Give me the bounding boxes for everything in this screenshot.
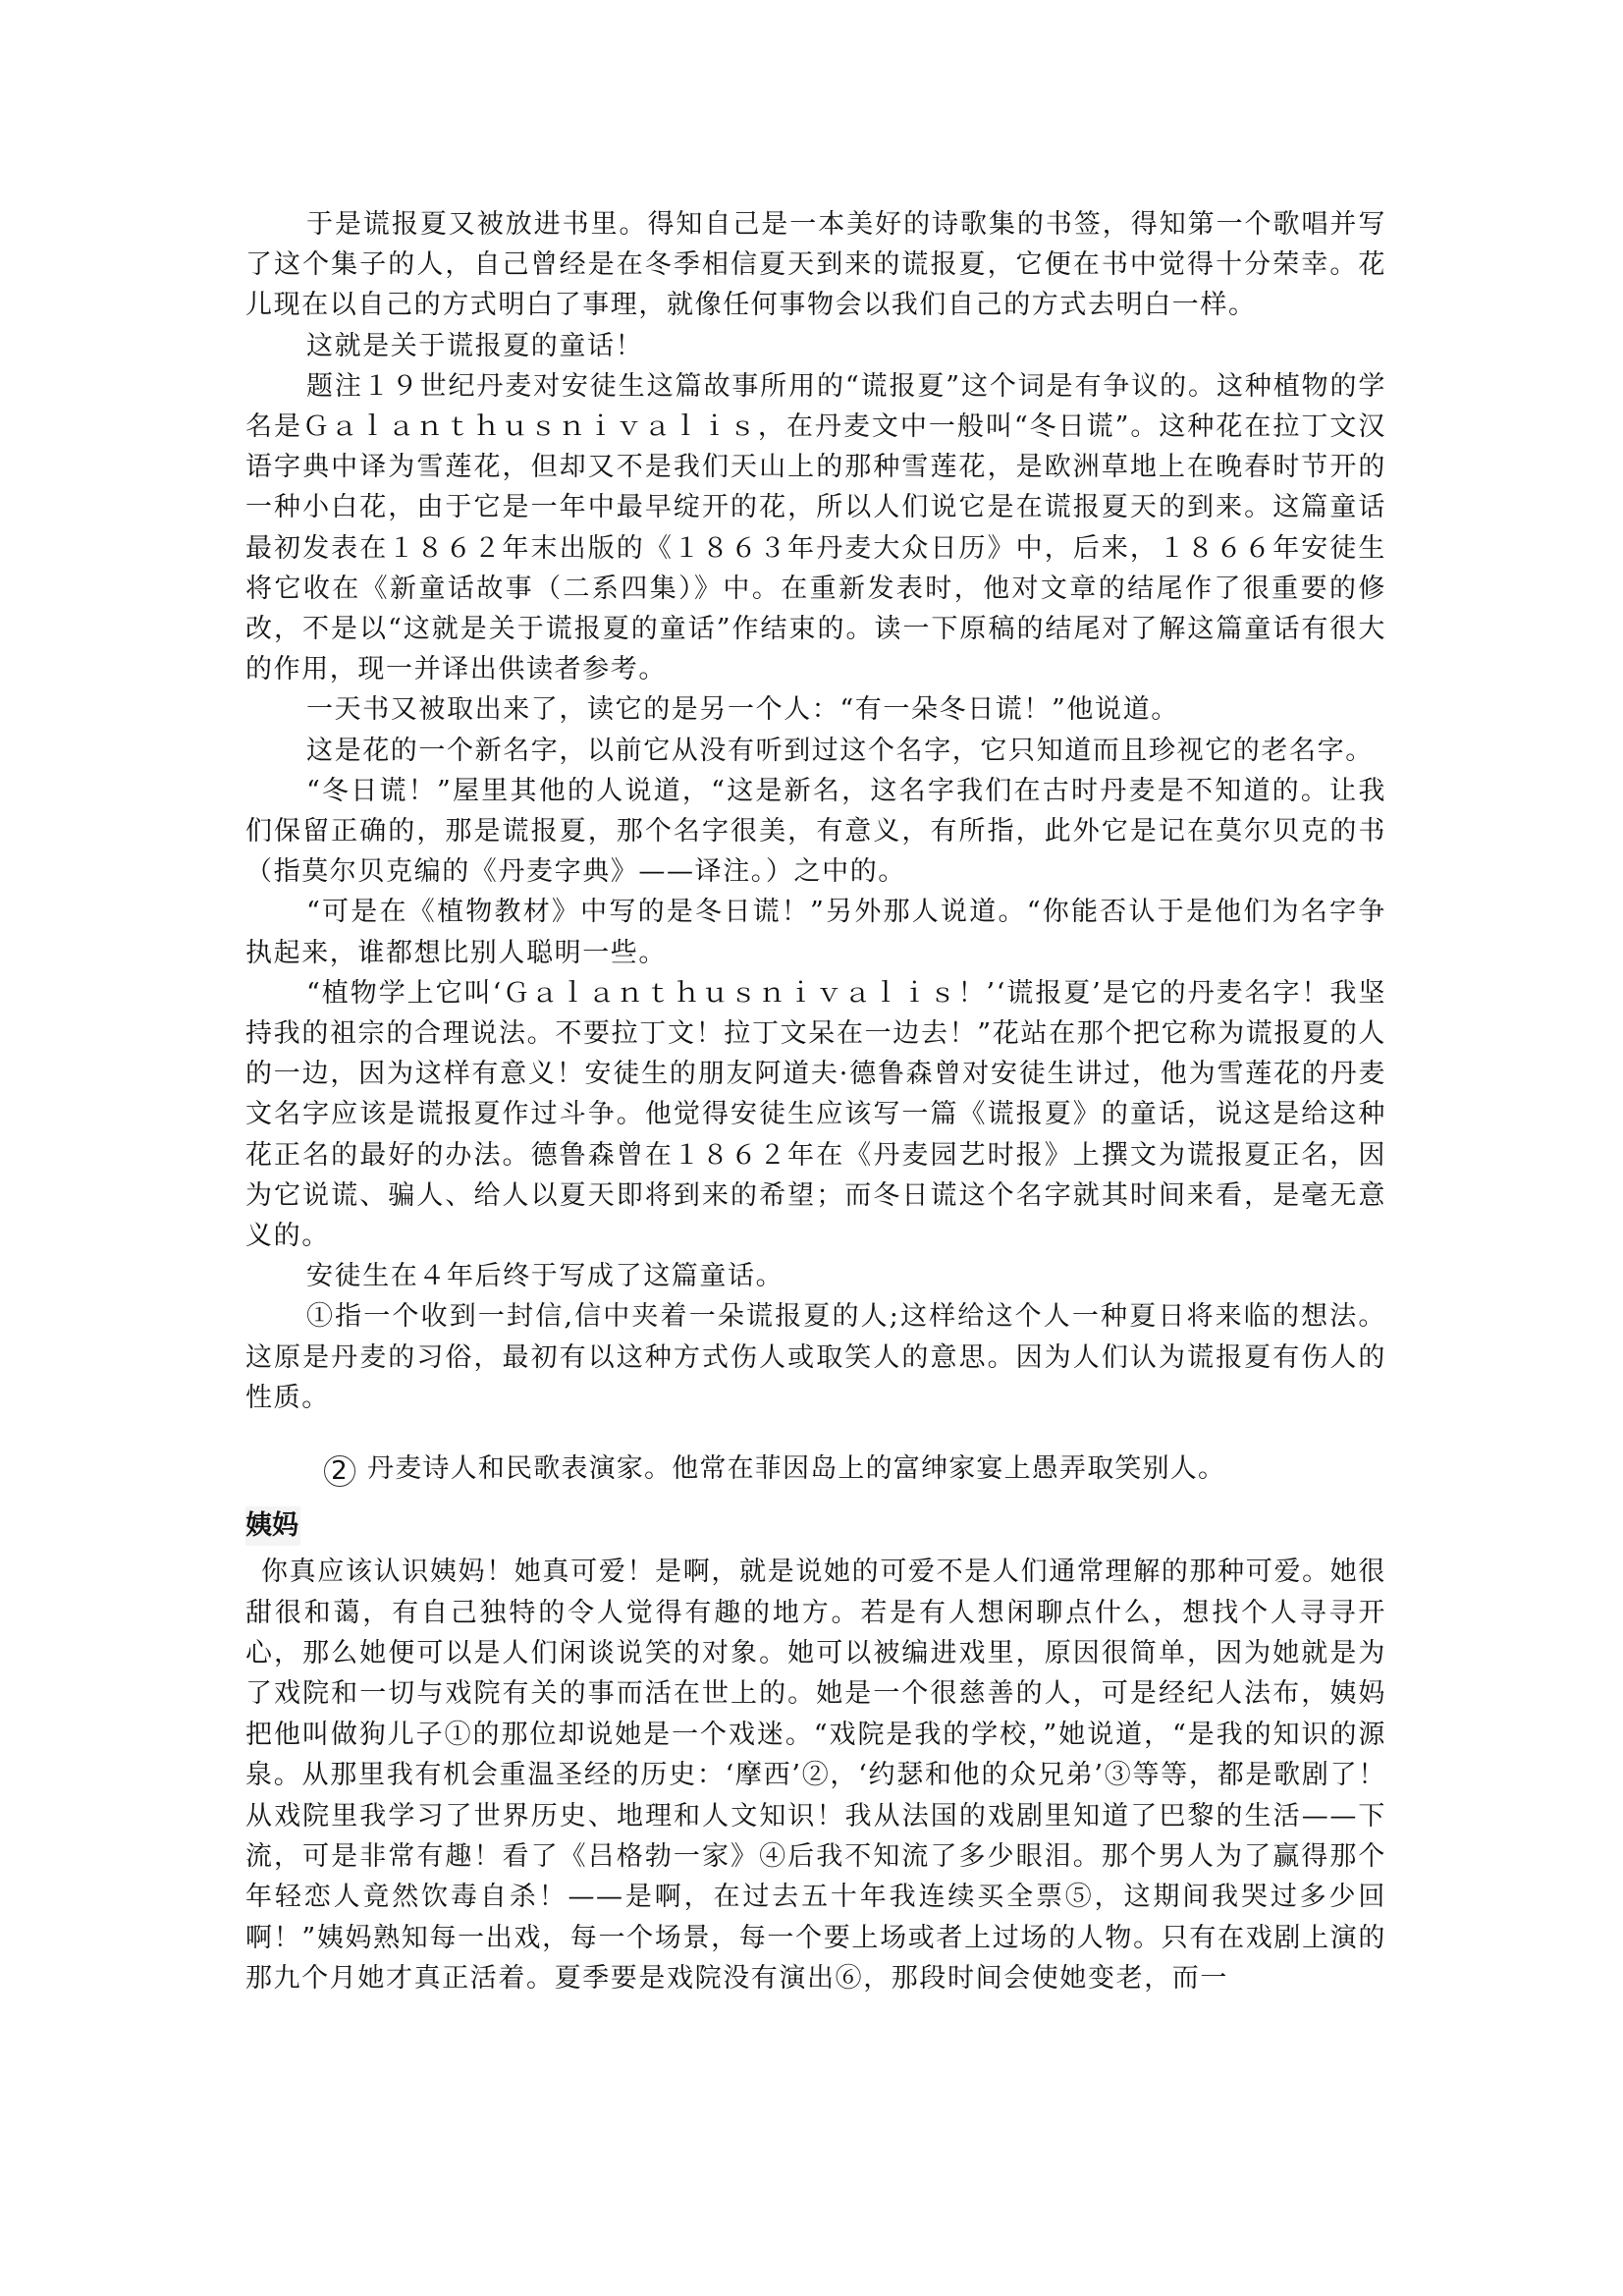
paragraph: 于是谎报夏又被放进书里。得知自己是一本美好的诗歌集的书签，得知第一个歌唱并写了这… (245, 204, 1386, 326)
paragraph: “冬日谎！”屋里其他的人说道，“这是新名，这名字我们在古时丹麦是不知道的。让我们… (245, 771, 1386, 893)
circled-number-marker: 2 (324, 1455, 355, 1487)
section-heading-wrap: 姨妈 (245, 1506, 1386, 1552)
paragraph: 你真应该认识姨妈！她真可爱！是啊，就是说她的可爱不是人们通常理解的那种可爱。她很… (245, 1552, 1386, 1998)
footnote-2: 2 丹麦诗人和民歌表演家。他常在菲因岛上的富绅家宴上愚弄取笑别人。 (245, 1448, 1386, 1491)
paragraph: 安徒生在４年后终于写成了这篇童话。 (245, 1256, 1386, 1296)
paragraph: 一天书又被取出来了，读它的是另一个人：“有一朵冬日谎！”他说道。 (245, 689, 1386, 730)
paragraph: “可是在《植物教材》中写的是冬日谎！”另外那人说道。“你能否认于是他们为名字争执… (245, 892, 1386, 972)
document-page: 于是谎报夏又被放进书里。得知自己是一本美好的诗歌集的书签，得知第一个歌唱并写了这… (245, 204, 1386, 1999)
section-title: 姨妈 (245, 1506, 300, 1546)
paragraph: “植物学上它叫‘Ｇａｌａｎｔｈｕｓｎｉｖａｌｉｓ！’‘谎报夏’是它的丹麦名字！我… (245, 973, 1386, 1256)
paragraph-note: 题注１９世纪丹麦对安徒生这篇故事所用的“谎报夏”这个词是有争议的。这种植物的学名… (245, 366, 1386, 690)
paragraph: 这就是关于谎报夏的童话！ (245, 326, 1386, 366)
paragraph: 这是花的一个新名字，以前它从没有听到过这个名字，它只知道而且珍视它的老名字。 (245, 731, 1386, 771)
footnote-1: ①指一个收到一封信,信中夹着一朵谎报夏的人;这样给这个人一种夏日将来临的想法。这… (245, 1296, 1386, 1418)
footnote-2-text: 丹麦诗人和民歌表演家。他常在菲因岛上的富绅家宴上愚弄取笑别人。 (367, 1448, 1225, 1491)
